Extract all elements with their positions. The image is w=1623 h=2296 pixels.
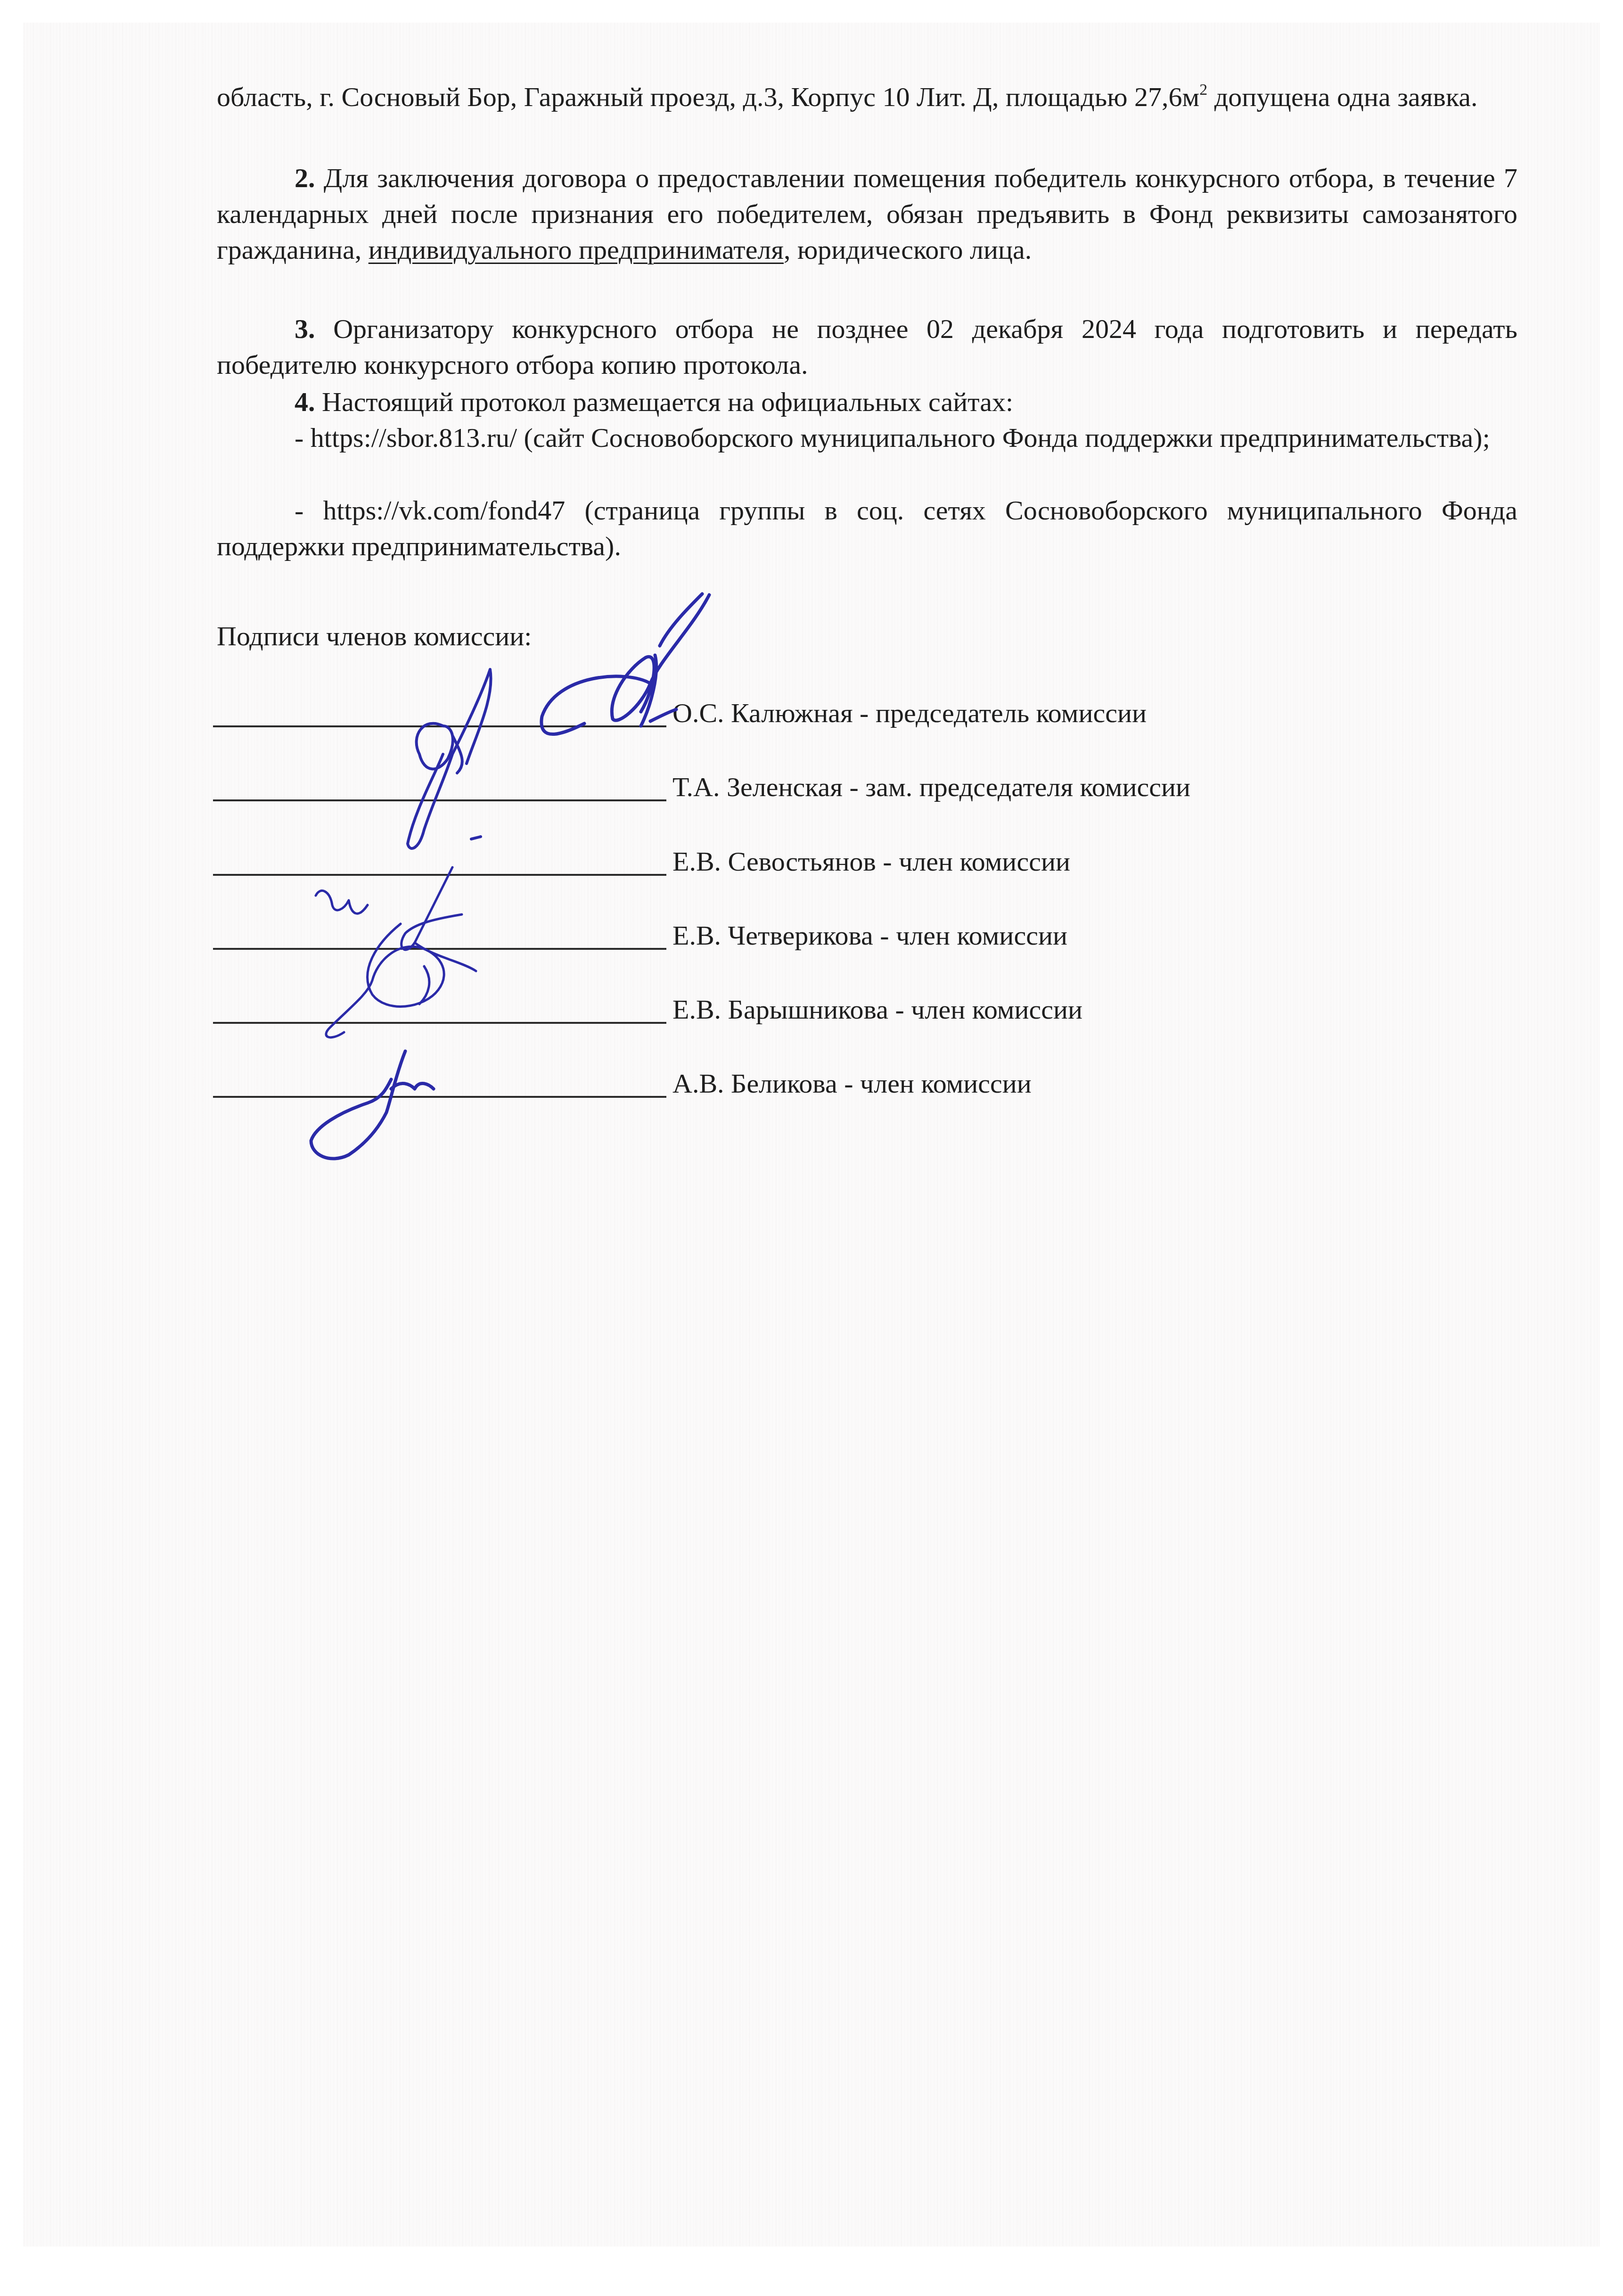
list-dash: - bbox=[295, 495, 323, 526]
website-link-vk[interactable]: https://vk.com/fond47 bbox=[323, 495, 565, 526]
signatory-name: А.В. Беликова - член комиссии bbox=[672, 1066, 1032, 1102]
signature-line bbox=[213, 725, 666, 727]
paragraph-number: 2. bbox=[295, 163, 315, 193]
admission-text: допущена одна заявка. bbox=[1207, 82, 1477, 112]
signature-line bbox=[213, 948, 666, 950]
signature-line bbox=[213, 799, 666, 801]
signature-line bbox=[213, 1096, 666, 1098]
paragraph-2: 2. Для заключения договора о предоставле… bbox=[217, 160, 1517, 268]
signatory-name: Т.А. Зеленская - зам. председателя комис… bbox=[672, 769, 1190, 805]
signatory-name: Е.В. Севостьянов - член комиссии bbox=[672, 844, 1070, 880]
address-text: область, г. Сосновый Бор, Гаражный проез… bbox=[217, 82, 1199, 112]
signature-line bbox=[213, 874, 666, 876]
paragraph-text-end: , юридического лица. bbox=[784, 234, 1032, 265]
paragraph-number: 4. bbox=[295, 387, 315, 417]
superscript-2: 2 bbox=[1199, 81, 1207, 99]
signature-row: Е.В. Севостьянов - член комиссии bbox=[213, 844, 1438, 880]
signature-row: Е.В. Четверикова - член комиссии bbox=[213, 918, 1438, 954]
paragraph-1-continuation: область, г. Сосновый Бор, Гаражный проез… bbox=[217, 79, 1517, 115]
signature-line bbox=[213, 1022, 666, 1024]
signature-row: А.В. Беликова - член комиссии bbox=[213, 1066, 1438, 1102]
paragraph-4: 4. Настоящий протокол размещается на офи… bbox=[217, 384, 1517, 420]
signatures-heading: Подписи членов комиссии: bbox=[217, 618, 532, 654]
signatory-name: Е.В. Четверикова - член комиссии bbox=[672, 918, 1067, 954]
website-item-1: - https://sbor.813.ru/ (сайт Сосновоборс… bbox=[217, 420, 1517, 456]
signature-row: Е.В. Барышникова - член комиссии bbox=[213, 992, 1438, 1028]
list-dash: - bbox=[295, 422, 311, 453]
website-item-2: - https://vk.com/fond47 (страница группы… bbox=[217, 493, 1517, 564]
signature-row: Т.А. Зеленская - зам. председателя комис… bbox=[213, 769, 1438, 805]
signature-row: О.С. Калюжная - председатель комиссии bbox=[213, 695, 1438, 731]
underlined-text: индивидуального предпринимателя bbox=[369, 234, 784, 265]
signatory-name: Е.В. Барышникова - член комиссии bbox=[672, 992, 1082, 1028]
paragraph-3: 3. Организатору конкурсного отбора не по… bbox=[217, 311, 1517, 383]
website-description: (сайт Сосновоборского муниципального Фон… bbox=[517, 422, 1490, 453]
paragraph-number: 3. bbox=[295, 313, 315, 344]
signatory-name: О.С. Калюжная - председатель комиссии bbox=[672, 695, 1147, 731]
website-link-sbor[interactable]: https://sbor.813.ru/ bbox=[311, 422, 517, 453]
paragraph-text: Настоящий протокол размещается на официа… bbox=[315, 387, 1014, 417]
paragraph-text: Организатору конкурсного отбора не поздн… bbox=[217, 313, 1517, 380]
